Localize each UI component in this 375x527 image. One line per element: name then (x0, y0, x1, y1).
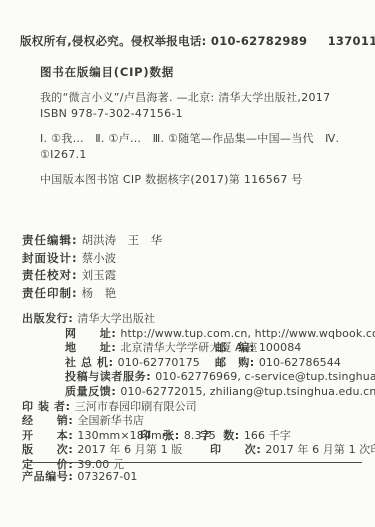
cover-design-label: 封面设计: (22, 251, 78, 265)
product-number-value: 073267-01 (77, 470, 137, 483)
address-label: 地 址: (65, 341, 116, 354)
wordcount-value: 166 千字 (244, 429, 291, 442)
edition-row: 版 次:2017 年 6 月第 1 版 印 次:2017 年 6 月第 1 次印… (22, 441, 372, 456)
feedback-label: 质量反馈: (65, 385, 116, 398)
distribution-row: 经 销:全国新华书店 (22, 412, 372, 427)
staff-credits: 责任编辑:胡洪涛 王 华 封面设计:蔡小波 责任校对:刘玉霞 责任印制:杨 艳 (22, 232, 162, 302)
copyright-page: 版权所有,侵权必究。侵权举报电话: 010-62782989 137011219… (0, 0, 375, 527)
staff-row-proofreader: 责任校对:刘玉霞 (22, 267, 162, 285)
edition-label: 版 次: (22, 443, 73, 456)
website-label: 网 址: (65, 327, 116, 340)
publishing-block: 出版发行:清华大学出版社 网 址:http://www.tup.com.cn, … (22, 310, 372, 471)
cip-block: 我的“微言小义”/卢昌海著. —北京: 清华大学出版社,2017 ISBN 97… (40, 90, 367, 188)
report-phone-label: 侵权举报电话: (131, 34, 207, 48)
printer-label: 印 装 者: (22, 400, 71, 413)
publisher-name: 清华大学出版社 (77, 312, 155, 325)
submission-label: 投稿与读者服务: (65, 370, 151, 383)
staff-row-editor: 责任编辑:胡洪涛 王 华 (22, 232, 162, 250)
cover-designer-name: 蔡小波 (82, 251, 117, 265)
print-supervisor-label: 责任印制: (22, 286, 78, 300)
postcode-label: 邮 编: (215, 341, 255, 354)
feedback-contact: 010-62772015, zhiliang@tup.tsinghua.edu.… (120, 385, 375, 398)
cip-isbn-line: ISBN 978-7-302-47156-1 (40, 106, 367, 122)
proofreader-name: 刘玉霞 (82, 268, 117, 282)
report-phone-2: 13701121933 (328, 34, 375, 48)
impression-pair: 印 次:2017 年 6 月第 1 次印刷 (210, 441, 375, 457)
impression-value: 2017 年 6 月第 1 次印刷 (265, 443, 375, 456)
product-number-line: 产品编号:073267-01 (22, 468, 137, 484)
mailorder-label: 邮 购: (215, 356, 255, 369)
report-phone-1: 010-62782989 (211, 34, 307, 48)
wordcount-label: 字 数: (200, 429, 240, 442)
postcode-pair: 邮 编:100084 (215, 339, 301, 355)
mailorder-pair: 邮 购:010-62786544 (215, 354, 341, 370)
staff-row-cover-design: 封面设计:蔡小波 (22, 250, 162, 268)
distribution-label: 经 销: (22, 414, 73, 427)
switchboard-label: 社 总 机: (65, 356, 114, 369)
cip-record-line: 中国版本图书馆 CIP 数据核字(2017)第 116567 号 (40, 172, 367, 188)
printer-name: 三河市春园印刷有限公司 (75, 400, 197, 413)
mailorder-phone: 010-62786544 (259, 356, 341, 369)
postcode-value: 100084 (259, 341, 302, 354)
publisher-row: 出版发行:清华大学出版社 (22, 310, 372, 325)
bottom-divider (25, 462, 362, 463)
publisher-label: 出版发行: (22, 312, 73, 325)
proofreader-label: 责任校对: (22, 268, 78, 282)
cip-heading: 图书在版编目(CIP)数据 (40, 64, 174, 80)
switchboard-row: 社 总 机:010-62770175 邮 购:010-62786544 (22, 354, 372, 369)
website-row: 网 址:http://www.tup.com.cn, http://www.wq… (22, 325, 372, 340)
submission-row: 投稿与读者服务:010-62776969, c-service@tup.tsin… (22, 368, 372, 383)
staff-row-print-supervisor: 责任印制:杨 艳 (22, 285, 162, 303)
editor-names: 胡洪涛 王 华 (82, 233, 163, 247)
address-row: 地 址:北京清华大学学研大厦 A 座 邮 编:100084 (22, 339, 372, 354)
distribution-value: 全国新华书店 (77, 414, 144, 427)
cip-title-line: 我的“微言小义”/卢昌海著. —北京: 清华大学出版社,2017 (40, 90, 367, 106)
format-label: 开 本: (22, 429, 73, 442)
print-supervisor-name: 杨 艳 (82, 286, 117, 300)
editor-label: 责任编辑: (22, 233, 78, 247)
copyright-statement: 版权所有,侵权必究。 (20, 34, 131, 48)
printer-row: 印 装 者:三河市春园印刷有限公司 (22, 398, 372, 413)
sheets-label: 印 张: (140, 429, 180, 442)
submission-contact: 010-62776969, c-service@tup.tsinghua.edu… (155, 370, 375, 383)
edition-value: 2017 年 6 月第 1 版 (77, 443, 182, 456)
feedback-row: 质量反馈:010-62772015, zhiliang@tup.tsinghua… (22, 383, 372, 398)
cip-classification-line: Ⅰ. ①我… Ⅱ. ①卢… Ⅲ. ①随笔—作品集—中国—当代 Ⅳ. ①I267.… (40, 131, 367, 163)
copyright-warning-line: 版权所有,侵权必究。侵权举报电话: 010-62782989 137011219… (20, 33, 375, 49)
product-number-label: 产品编号: (22, 470, 73, 483)
website-urls: http://www.tup.com.cn, http://www.wqbook… (120, 327, 375, 340)
wordcount-pair: 字 数:166 千字 (200, 427, 291, 443)
format-row: 开 本:130mm×184mm 印 张:8.375 字 数:166 千字 (22, 427, 372, 442)
impression-label: 印 次: (210, 443, 261, 456)
switchboard-phone: 010-62770175 (118, 356, 200, 369)
